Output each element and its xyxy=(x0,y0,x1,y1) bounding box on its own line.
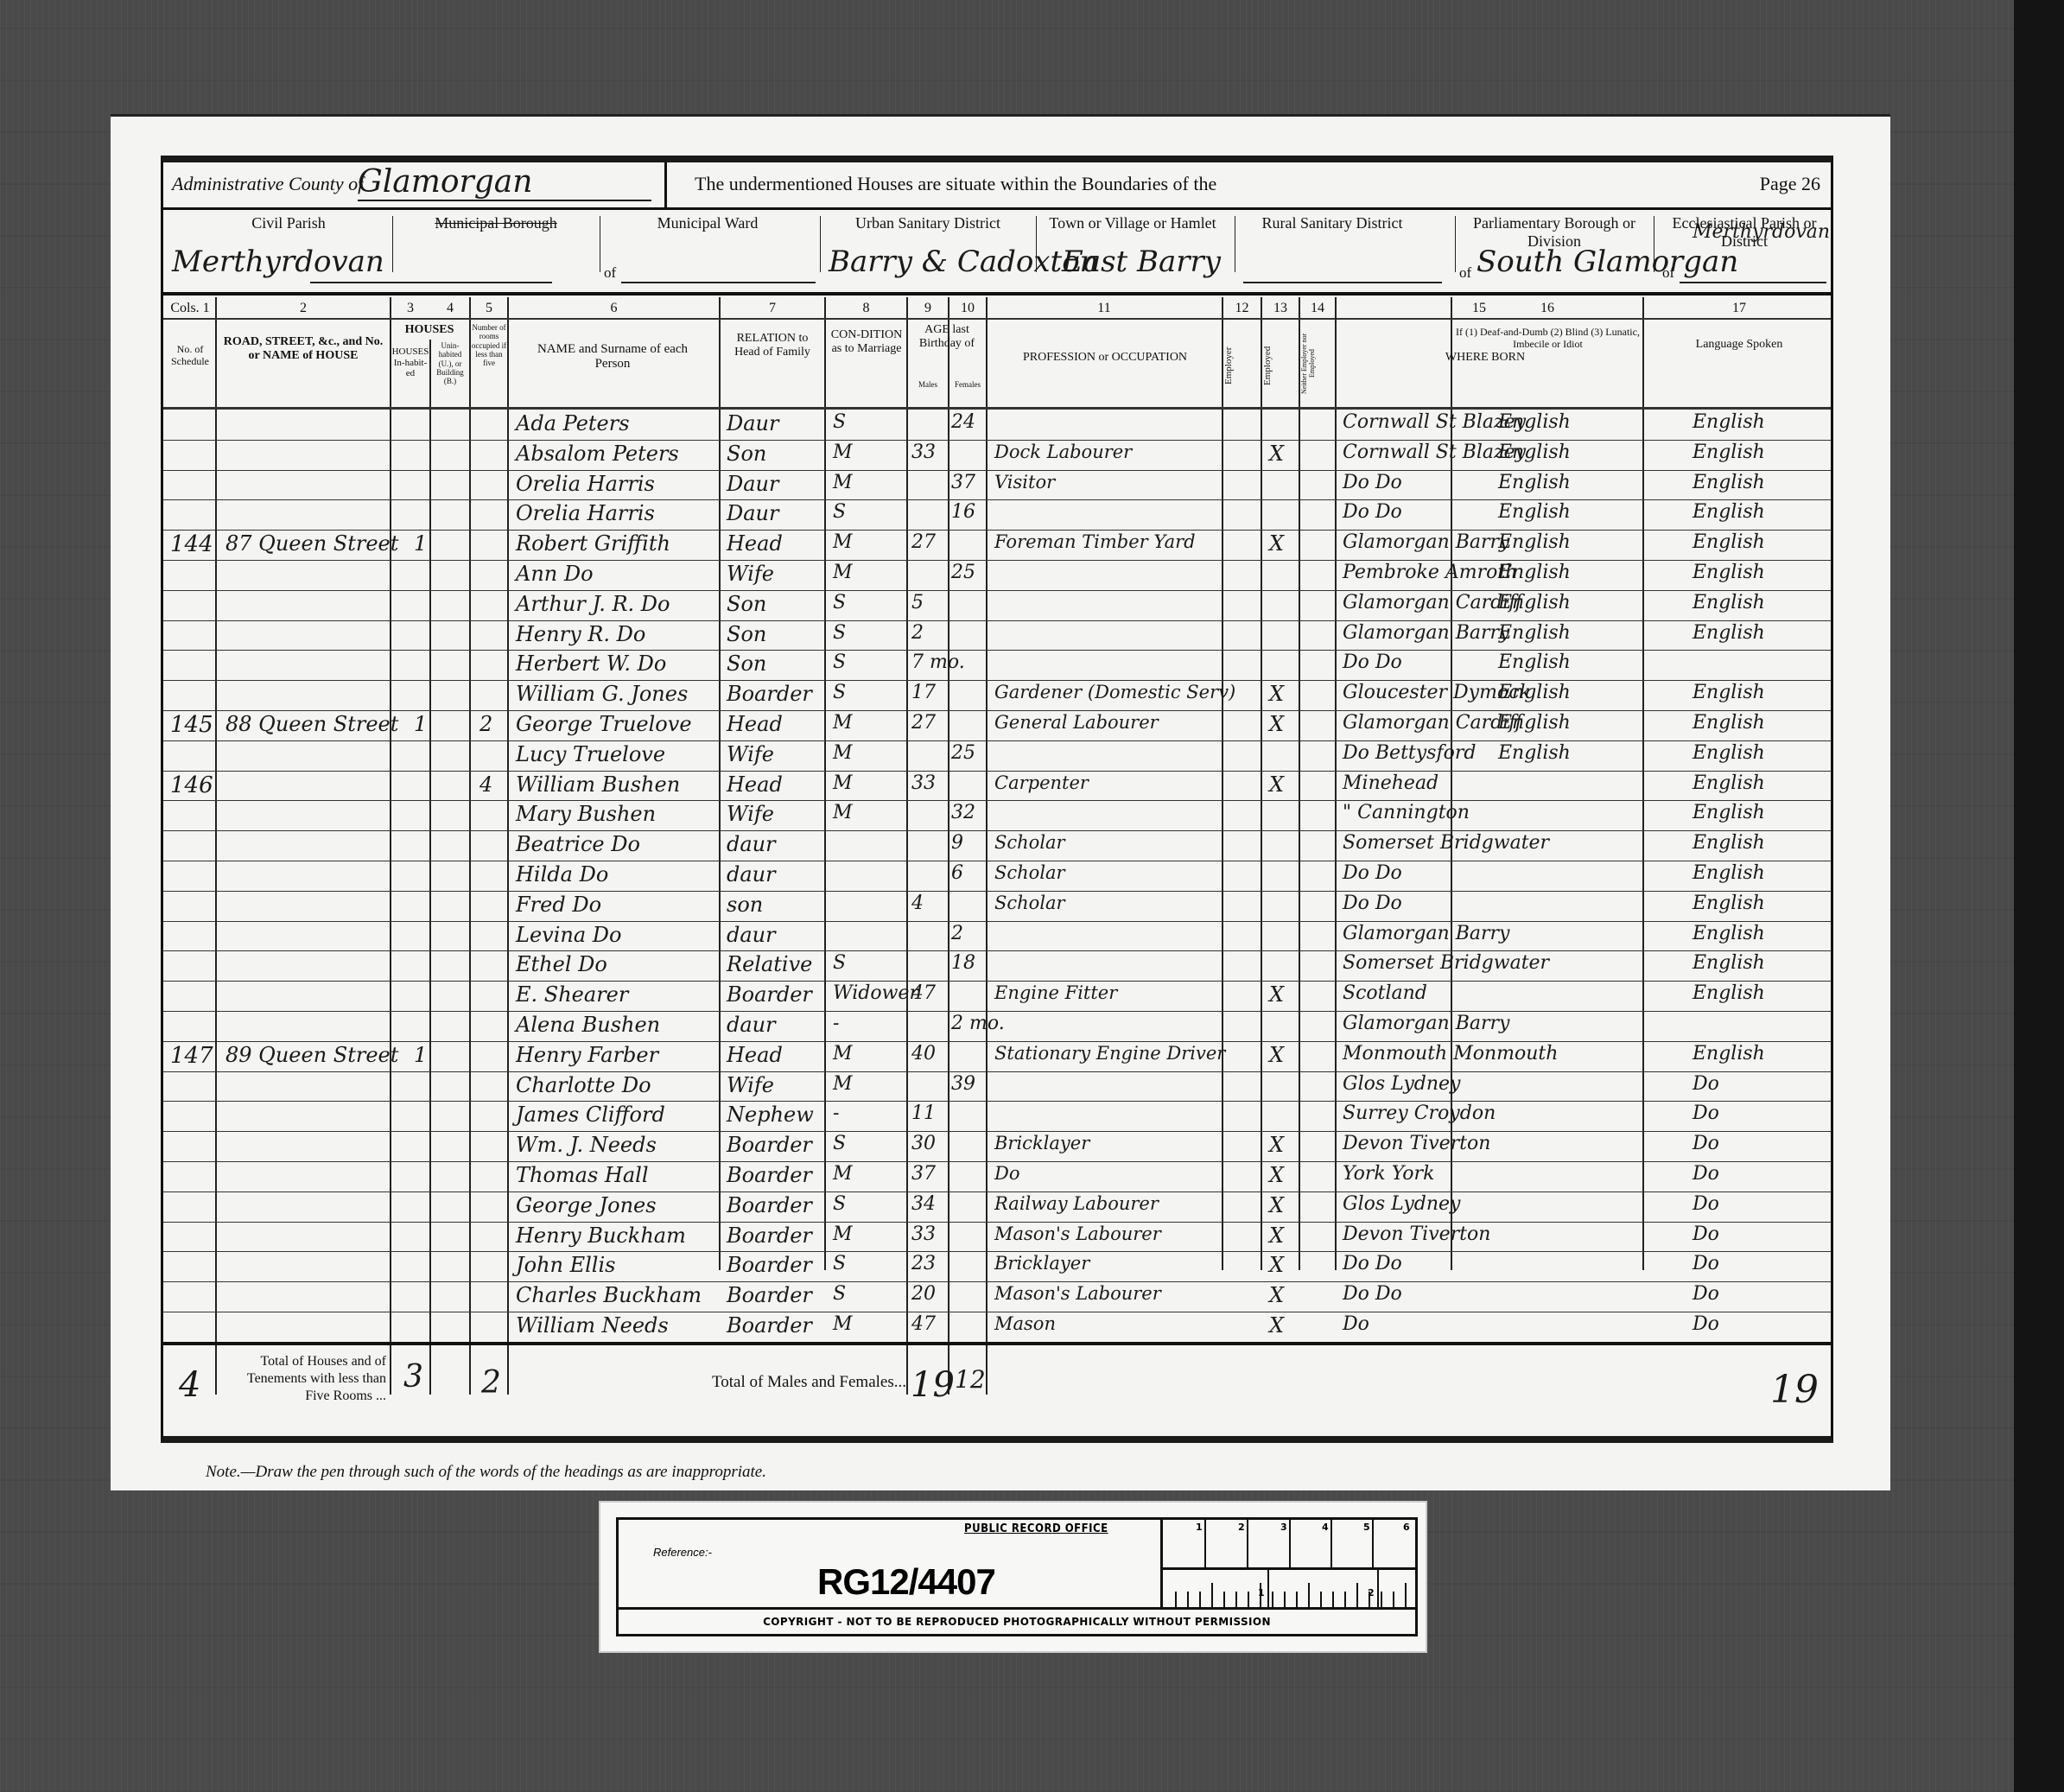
cell-infirmity: English xyxy=(1498,442,1571,463)
cell-female-age: 39 xyxy=(951,1073,975,1095)
cell-male-age: 40 xyxy=(911,1043,936,1064)
table-row: Ada PetersDaurS24Cornwall St BlazeyEngli… xyxy=(163,410,1831,440)
cell-female-age: 25 xyxy=(951,742,975,764)
cell-name: Henry Buckham xyxy=(516,1223,686,1248)
ruler-tick xyxy=(1332,1592,1334,1607)
ruler-tick xyxy=(1272,1592,1273,1607)
cell-born: Devon Tiverton xyxy=(1343,1223,1490,1245)
cell-born: Do Do xyxy=(1343,893,1402,914)
cell-born: Do Do xyxy=(1343,501,1402,523)
cell-name: John Ellis xyxy=(516,1253,615,1277)
table-row: George JonesBoarderS34Railway LabourerXG… xyxy=(163,1191,1831,1222)
cell-born: Do Bettysford xyxy=(1343,742,1476,764)
cell-male-age: 11 xyxy=(911,1103,936,1124)
col-head-occupation: PROFESSION or OCCUPATION xyxy=(993,351,1217,365)
cell-occupation: Scholar xyxy=(994,862,1065,883)
cell-condition: M xyxy=(833,562,853,583)
ruler-tick xyxy=(1235,1592,1237,1607)
cell-language: English xyxy=(1692,923,1765,944)
area-divider xyxy=(820,216,821,272)
table-row: Absalom PetersSonM33Dock LabourerXCornwa… xyxy=(163,440,1831,470)
cell-language: Do xyxy=(1692,1103,1719,1124)
cell-name: Orelia Harris xyxy=(516,501,655,525)
table-row: James CliffordNephew-11Surrey CroydonDo xyxy=(163,1101,1831,1131)
cell-language: Do xyxy=(1692,1163,1719,1185)
cell-sched: 144 xyxy=(170,531,213,557)
cell-female-age: 37 xyxy=(951,472,975,493)
cell-occupation: Mason xyxy=(994,1313,1056,1334)
cell-employed: X xyxy=(1269,1313,1284,1338)
cell-condition: S xyxy=(833,501,846,523)
cell-born: Do Do xyxy=(1343,1253,1402,1274)
cell-relation: Nephew xyxy=(727,1103,814,1127)
cell-addr: 88 Queen Street xyxy=(225,712,398,736)
cell-name: Beatrice Do xyxy=(516,832,640,856)
cell-sched: 145 xyxy=(170,712,213,738)
cell-condition: M xyxy=(833,1313,853,1335)
cell-occupation: Railway Labourer xyxy=(994,1193,1159,1214)
area-urban-sanitary-heading: Urban Sanitary District xyxy=(829,214,1027,232)
cell-male-age: 33 xyxy=(911,772,936,794)
col-head-uninhabited: Unin-habited (U.), or Building (B.) xyxy=(431,341,469,386)
col-head-name: NAME and Surname of each Person xyxy=(526,342,699,372)
cell-language: English xyxy=(1692,531,1765,553)
cell-occupation: Carpenter xyxy=(994,772,1089,793)
cell-condition: M xyxy=(833,1073,853,1095)
cell-occupation: Dock Labourer xyxy=(994,442,1132,462)
ruler-tick xyxy=(1187,1592,1189,1607)
table-row: E. ShearerBoarderWidower47Engine FitterX… xyxy=(163,981,1831,1011)
cell-born: York York xyxy=(1343,1163,1434,1185)
cell-relation: Son xyxy=(727,651,766,676)
cell-relation: son xyxy=(727,893,763,917)
cell-employed: X xyxy=(1269,682,1284,706)
table-row: Henry R. DoSonS2Glamorgan BarryEnglishEn… xyxy=(163,620,1831,651)
cell-language: Do xyxy=(1692,1253,1719,1274)
cell-female-age: 25 xyxy=(951,562,975,583)
col-head-employer: Employer xyxy=(1223,335,1261,396)
table-row: Lucy TrueloveWifeM25Do BettysfordEnglish… xyxy=(163,740,1831,771)
col-num-rule xyxy=(163,318,1831,320)
cell-language: English xyxy=(1692,472,1765,493)
reference-label: Reference:- xyxy=(653,1546,712,1559)
cell-male-age: 47 xyxy=(911,982,936,1004)
cell-language: English xyxy=(1692,862,1765,884)
cell-name: James Clifford xyxy=(516,1103,665,1127)
cell-male-age: 27 xyxy=(911,531,936,553)
cell-female-age: 2 mo. xyxy=(951,1013,1005,1034)
ruler-tick xyxy=(1393,1592,1394,1607)
cell-language: English xyxy=(1692,442,1765,463)
cell-relation: daur xyxy=(727,1013,776,1037)
underline xyxy=(310,282,552,283)
cell-inhab: 1 xyxy=(414,531,427,556)
ruler-tick xyxy=(1405,1583,1407,1607)
total-houses-inhabited: 3 xyxy=(403,1359,423,1395)
cell-name: Henry Farber xyxy=(516,1043,658,1067)
cell-relation: Boarder xyxy=(727,1193,812,1217)
col-num-4: 4 xyxy=(431,301,469,316)
cell-relation: Boarder xyxy=(727,1253,812,1277)
cell-relation: Wife xyxy=(727,1073,774,1097)
cell-inhab: 1 xyxy=(414,1043,427,1067)
county-value: Glamorgan xyxy=(358,164,651,201)
cell-language: English xyxy=(1692,411,1765,433)
civil-parish-value: Merthyrdovan xyxy=(172,245,384,279)
cell-name: Thomas Hall xyxy=(516,1163,649,1187)
cell-occupation: Bricklayer xyxy=(994,1133,1089,1153)
cell-female-age: 32 xyxy=(951,802,975,823)
col-head-neither: Neither Employer nor Employed xyxy=(1300,331,1335,396)
cell-name: Arthur J. R. Do xyxy=(516,592,670,616)
cell-born: Somerset Bridgwater xyxy=(1343,952,1549,974)
table-top-rule xyxy=(163,292,1831,295)
cell-condition: S xyxy=(833,1193,846,1215)
ecclesiastical-of-label: of xyxy=(1662,264,1674,282)
col-num-14: 14 xyxy=(1300,301,1335,316)
table-row: Charlotte DoWifeM39Glos LydneyDo xyxy=(163,1071,1831,1102)
cell-condition: S xyxy=(833,952,846,974)
cell-name: Charles Buckham xyxy=(516,1283,702,1307)
cell-infirmity: English xyxy=(1498,742,1571,764)
cell-name: Herbert W. Do xyxy=(516,651,666,676)
cell-condition: S xyxy=(833,411,846,433)
urban-sanitary-value: Barry & Cadoxton xyxy=(829,245,1099,279)
cell-name: Alena Bushen xyxy=(516,1013,660,1037)
cell-born: Glamorgan Barry xyxy=(1343,622,1509,644)
cell-occupation: Foreman Timber Yard xyxy=(994,531,1196,552)
table-row: 14487 Queen Street1Robert GriffithHeadM2… xyxy=(163,530,1831,560)
cell-condition: M xyxy=(833,1043,853,1064)
cell-condition: Widower xyxy=(833,982,918,1004)
reference-card: PUBLIC RECORD OFFICE Reference:- RG12/44… xyxy=(599,1501,1427,1653)
ruler-tick xyxy=(1260,1583,1261,1607)
cell-name: Fred Do xyxy=(516,893,601,917)
copyright-notice: COPYRIGHT - NOT TO BE REPRODUCED PHOTOGR… xyxy=(619,1607,1415,1634)
cell-rooms: 4 xyxy=(479,772,492,797)
cell-relation: Wife xyxy=(727,742,774,766)
ruler-cm-band: 1 2 3 4 5 6 xyxy=(1163,1520,1415,1570)
cell-language: English xyxy=(1692,622,1765,644)
cell-female-age: 9 xyxy=(951,832,963,854)
county-label: Administrative County of xyxy=(172,173,363,195)
ruler-tick xyxy=(1223,1592,1225,1607)
cell-language: English xyxy=(1692,742,1765,764)
cell-infirmity: English xyxy=(1498,411,1571,433)
cell-name: Ada Peters xyxy=(516,411,630,435)
col-head-houses: HOUSES xyxy=(391,323,467,337)
col-num-11: 11 xyxy=(988,301,1221,316)
cell-occupation: Visitor xyxy=(994,472,1055,492)
cell-employed: X xyxy=(1269,442,1284,466)
cell-language: English xyxy=(1692,501,1765,523)
cell-condition: S xyxy=(833,592,846,613)
cell-condition: S xyxy=(833,1283,846,1305)
cell-employed: X xyxy=(1269,1223,1284,1248)
cell-name: Charlotte Do xyxy=(516,1073,651,1097)
cell-born: Devon Tiverton xyxy=(1343,1133,1490,1154)
ruler-cm-2: 2 xyxy=(1238,1522,1245,1533)
area-civil-parish-heading: Civil Parish xyxy=(215,214,362,232)
census-form: Administrative County of Glamorgan The u… xyxy=(161,156,1833,1443)
cell-infirmity: English xyxy=(1498,651,1571,673)
cell-relation: Boarder xyxy=(727,1283,812,1307)
cell-male-age: 20 xyxy=(911,1283,936,1305)
cell-occupation: Mason's Labourer xyxy=(994,1283,1161,1304)
county-box: Administrative County of Glamorgan xyxy=(163,162,667,210)
cell-born: Monmouth Monmouth xyxy=(1343,1043,1558,1064)
town-value: East Barry xyxy=(1062,245,1221,279)
cell-name: Wm. J. Needs xyxy=(516,1133,657,1157)
table-row: Thomas HallBoarderM37DoXYork YorkDo xyxy=(163,1161,1831,1191)
col-head-schedule: No. of Schedule xyxy=(165,344,215,368)
ecclesiastical-value: Merthyrdovan xyxy=(1692,221,1830,243)
cell-female-age: 24 xyxy=(951,411,975,433)
cell-language: English xyxy=(1692,562,1765,583)
margin-tally: 19 xyxy=(1770,1368,1819,1412)
cell-female-age: 18 xyxy=(951,952,975,974)
cell-employed: X xyxy=(1269,712,1284,736)
ruler-cm-5: 5 xyxy=(1363,1522,1370,1533)
cell-male-age: 47 xyxy=(911,1313,936,1335)
col-head-females: Females xyxy=(949,380,986,389)
cell-male-age: 37 xyxy=(911,1163,936,1185)
cell-condition: M xyxy=(833,772,853,794)
area-divider xyxy=(392,216,393,272)
table-row: Henry BuckhamBoarderM33Mason's LabourerX… xyxy=(163,1222,1831,1252)
table-row: Arthur J. R. DoSonS5Glamorgan CardiffEng… xyxy=(163,590,1831,620)
cell-occupation: General Labourer xyxy=(994,712,1159,733)
cell-infirmity: English xyxy=(1498,472,1571,493)
cell-rooms: 2 xyxy=(479,712,492,736)
cell-relation: Daur xyxy=(727,411,778,435)
cell-condition: S xyxy=(833,1133,846,1154)
cell-occupation: Scholar xyxy=(994,832,1065,853)
cell-employed: X xyxy=(1269,1043,1284,1067)
col-head-address: ROAD, STREET, &c., and No. or NAME of HO… xyxy=(219,335,388,363)
parliamentary-of-label: of xyxy=(1459,264,1471,282)
cell-condition: S xyxy=(833,682,846,703)
cell-occupation: Stationary Engine Driver xyxy=(994,1043,1225,1064)
cell-name: George Truelove xyxy=(516,712,692,736)
cell-language: English xyxy=(1692,712,1765,734)
cell-language: English xyxy=(1692,982,1765,1004)
reference-card-frame: PUBLIC RECORD OFFICE Reference:- RG12/44… xyxy=(616,1517,1418,1636)
ruler-cm-3: 3 xyxy=(1280,1522,1287,1533)
cell-employed: X xyxy=(1269,1133,1284,1157)
cell-addr: 87 Queen Street xyxy=(225,531,398,556)
cell-born: Pembroke Amroth xyxy=(1343,562,1517,583)
cell-relation: Boarder xyxy=(727,1313,812,1338)
cell-infirmity: English xyxy=(1498,531,1571,553)
ruler-tick xyxy=(1248,1592,1249,1607)
cell-relation: Boarder xyxy=(727,1223,812,1248)
cell-language: Do xyxy=(1692,1193,1719,1215)
col-head-rooms: Number of rooms occupied if less than fi… xyxy=(471,323,507,368)
table-row: 1464William BushenHeadM33CarpenterXMineh… xyxy=(163,771,1831,801)
cell-condition: M xyxy=(833,442,853,463)
total-tenements: 2 xyxy=(481,1365,501,1401)
cell-born: Do Do xyxy=(1343,651,1402,673)
col-num-8: 8 xyxy=(826,301,906,316)
cell-language: Do xyxy=(1692,1283,1719,1305)
col-num-10: 10 xyxy=(949,301,986,316)
cell-condition: S xyxy=(833,651,846,673)
cell-born: Glos Lydney xyxy=(1343,1073,1461,1095)
cell-relation: Daur xyxy=(727,501,778,525)
cell-born: Scotland xyxy=(1343,982,1427,1004)
cell-addr: 89 Queen Street xyxy=(225,1043,398,1067)
cell-name: Robert Griffith xyxy=(516,531,670,556)
totals-persons-label: Total of Males and Females... xyxy=(647,1372,906,1393)
cell-inhab: 1 xyxy=(414,712,427,736)
table-row: 14789 Queen Street1Henry FarberHeadM40St… xyxy=(163,1041,1831,1071)
table-row: Beatrice Dodaur9ScholarSomerset Bridgwat… xyxy=(163,830,1831,861)
cell-name: Orelia Harris xyxy=(516,472,655,496)
col-head-relation: RELATION to Head of Family xyxy=(723,332,822,359)
underline xyxy=(621,282,816,283)
cell-language: Do xyxy=(1692,1133,1719,1154)
record-office-title: PUBLIC RECORD OFFICE xyxy=(964,1522,1108,1535)
cell-employed: X xyxy=(1269,772,1284,797)
scanner-edge xyxy=(2014,0,2064,1792)
cell-relation: Son xyxy=(727,592,766,616)
cell-male-age: 5 xyxy=(911,592,924,613)
cell-sched: 147 xyxy=(170,1043,213,1069)
cell-language: English xyxy=(1692,772,1765,794)
cell-relation: Head xyxy=(727,772,783,797)
cell-infirmity: English xyxy=(1498,682,1571,703)
cell-born: Somerset Bridgwater xyxy=(1343,832,1549,854)
cell-relation: Daur xyxy=(727,472,778,496)
cell-relation: Boarder xyxy=(727,1133,812,1157)
col-num-12: 12 xyxy=(1223,301,1261,316)
scale-ruler: 1 2 3 4 5 6 1 2 xyxy=(1160,1520,1415,1607)
cell-born: Glamorgan Barry xyxy=(1343,531,1509,553)
table-row: Charles BuckhamBoarderS20Mason's Laboure… xyxy=(163,1281,1831,1312)
ruler-tick xyxy=(1356,1583,1358,1607)
cell-name: Hilda Do xyxy=(516,862,608,886)
cell-male-age: 23 xyxy=(911,1253,936,1274)
cell-employed: X xyxy=(1269,1283,1284,1307)
col-num-6: 6 xyxy=(509,301,719,316)
page-number: Page 26 xyxy=(1760,173,1820,195)
total-males: 19 xyxy=(911,1365,955,1405)
cell-name: Ann Do xyxy=(516,562,594,586)
col-num-9: 9 xyxy=(908,301,948,316)
cell-language: Do xyxy=(1692,1223,1719,1245)
cell-relation: Son xyxy=(727,442,766,466)
area-town-heading: Town or Village or Hamlet xyxy=(1038,214,1228,232)
table-row: Levina Dodaur2Glamorgan BarryEnglish xyxy=(163,921,1831,951)
cell-condition: M xyxy=(833,1163,853,1185)
table-row: Orelia HarrisDaurM37VisitorDo DoEnglishE… xyxy=(163,470,1831,500)
cell-condition: - xyxy=(833,1013,839,1034)
cell-relation: Boarder xyxy=(727,682,812,706)
col-num-2: 2 xyxy=(217,301,390,316)
cell-relation: Head xyxy=(727,712,783,736)
cell-relation: daur xyxy=(727,923,776,947)
cell-employed: X xyxy=(1269,531,1284,556)
cell-born: Glos Lydney xyxy=(1343,1193,1461,1215)
ruler-tick xyxy=(1320,1592,1322,1607)
cell-relation: daur xyxy=(727,832,776,856)
table-row: Alena Bushendaur-2 mo.Glamorgan Barry xyxy=(163,1011,1831,1041)
area-municipal-ward-heading: Municipal Ward xyxy=(630,214,785,232)
area-municipal-borough-heading: Municipal Borough xyxy=(410,214,582,232)
cell-name: William Needs xyxy=(516,1313,669,1338)
cell-name: Levina Do xyxy=(516,923,621,947)
cell-male-age: 30 xyxy=(911,1133,936,1154)
cell-relation: Son xyxy=(727,622,766,646)
cell-condition: S xyxy=(833,622,846,644)
col-num-16: 16 xyxy=(1452,301,1642,316)
cell-condition: - xyxy=(833,1103,839,1124)
cell-condition: M xyxy=(833,531,853,553)
table-row: Hilda Dodaur6ScholarDo DoEnglish xyxy=(163,861,1831,891)
col-head-inhabited: HOUSES In-habit-ed xyxy=(391,346,429,379)
table-row: William NeedsBoarderM47MasonXDoDo xyxy=(163,1312,1831,1342)
cell-employed: X xyxy=(1269,1253,1284,1277)
cell-female-age: 16 xyxy=(951,501,975,523)
cell-male-age: 4 xyxy=(911,893,924,914)
table-row: Herbert W. DoSonS7 mo.Do DoEnglish xyxy=(163,650,1831,680)
underline xyxy=(1680,282,1826,283)
ruler-cm-6: 6 xyxy=(1403,1522,1410,1533)
ruler-cm-1: 1 xyxy=(1196,1522,1203,1533)
cell-occupation: Mason's Labourer xyxy=(994,1223,1161,1244)
cell-born: Do Do xyxy=(1343,1283,1402,1305)
col-num-17: 17 xyxy=(1644,301,1834,316)
col-num-13: 13 xyxy=(1262,301,1299,316)
ruler-tick xyxy=(1296,1592,1298,1607)
cell-relation: Wife xyxy=(727,802,774,826)
col-head-age: AGE last Birthday of xyxy=(908,323,986,351)
col-num-3: 3 xyxy=(391,301,429,316)
cell-born: Do Do xyxy=(1343,862,1402,884)
schedule-tally: 4 xyxy=(179,1365,200,1405)
area-rural-sanitary-heading: Rural Sanitary District xyxy=(1242,214,1423,232)
area-divider xyxy=(1455,216,1456,272)
cell-name: Mary Bushen xyxy=(516,802,656,826)
table-row: William G. JonesBoarderS17Gardener (Dome… xyxy=(163,680,1831,710)
cell-condition: S xyxy=(833,1253,846,1274)
underline xyxy=(1243,282,1442,283)
ruler-tick xyxy=(1175,1592,1177,1607)
area-divider xyxy=(1235,216,1235,272)
cell-relation: daur xyxy=(727,862,776,886)
cell-name: Lucy Truelove xyxy=(516,742,665,766)
col-head-employed: Employed xyxy=(1262,335,1299,396)
cell-male-age: 27 xyxy=(911,712,936,734)
ruler-tick xyxy=(1344,1592,1346,1607)
cell-name: Absalom Peters xyxy=(516,442,679,466)
cell-name: E. Shearer xyxy=(516,982,628,1007)
ruler-tick xyxy=(1199,1592,1201,1607)
cell-language: English xyxy=(1692,1043,1765,1064)
cell-born: Glamorgan Barry xyxy=(1343,923,1509,944)
cell-male-age: 17 xyxy=(911,682,936,703)
table-row: Ann DoWifeM25Pembroke AmrothEnglishEngli… xyxy=(163,560,1831,590)
cell-language: English xyxy=(1692,832,1765,854)
table-row: 14588 Queen Street12George TrueloveHeadM… xyxy=(163,710,1831,740)
cell-language: Do xyxy=(1692,1073,1719,1095)
table-row: John EllisBoarderS23BricklayerXDo DoDo xyxy=(163,1251,1831,1281)
col-head-language: Language Spoken xyxy=(1644,338,1834,352)
table-row: Orelia HarrisDaurS16Do DoEnglishEnglish xyxy=(163,499,1831,530)
cell-female-age: 6 xyxy=(951,862,963,884)
cell-infirmity: English xyxy=(1498,712,1571,734)
